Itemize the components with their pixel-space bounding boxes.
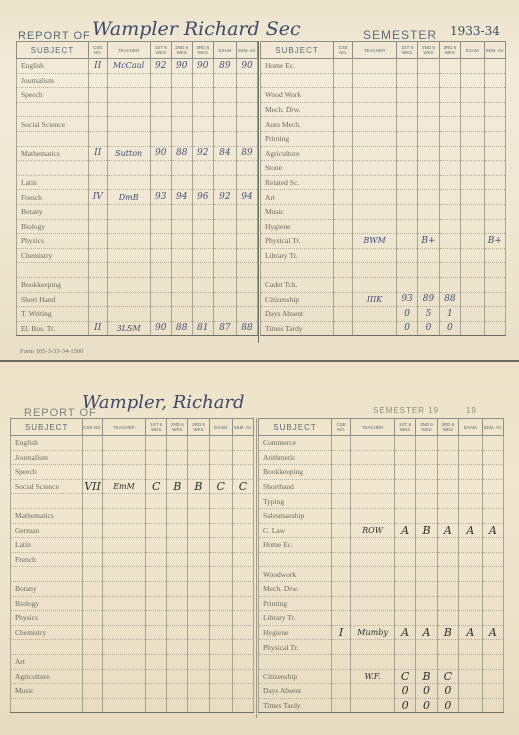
course-number [332, 698, 351, 713]
grade-cell: C [394, 669, 415, 684]
grade-cell [150, 175, 171, 190]
grade-cell [188, 450, 209, 465]
grade-cell: 92 [192, 146, 213, 161]
semester-value: 19 [466, 406, 477, 415]
grade-cell [437, 567, 458, 582]
grade-cell [213, 248, 236, 263]
course-number [334, 190, 353, 205]
course-number [83, 698, 103, 713]
teacher-initials [107, 277, 150, 292]
subject-label: Music [11, 684, 83, 699]
subject-label: Botany [11, 581, 83, 596]
teacher-initials [107, 117, 150, 132]
grade-cell [484, 204, 505, 219]
grade-cell [439, 277, 460, 292]
grade-cell: B [416, 523, 437, 538]
grade-cell [209, 494, 232, 509]
subject-label: Wood Work [261, 88, 334, 103]
grade-cell [439, 263, 460, 278]
subject-label: Physics [11, 611, 83, 626]
grade-cell [461, 102, 485, 117]
column-header: 1ST 6 WKS [396, 42, 417, 59]
grade-row: Art [11, 654, 254, 669]
grade-cell [213, 131, 236, 146]
grade-cell [396, 219, 417, 234]
grade-cell [482, 508, 503, 523]
grade-cell: A [416, 625, 437, 640]
grade-cell [461, 263, 485, 278]
grade-cell [213, 219, 236, 234]
column-header: 2ND 6 WKS [416, 419, 437, 436]
course-number [88, 263, 107, 278]
grade-row: Home Ec. [261, 59, 506, 74]
grade-row: Printing [261, 131, 506, 146]
subject-label: Art [11, 654, 83, 669]
grade-row: FrenchIVDmB9394969294 [17, 190, 258, 205]
grade-cell [209, 684, 232, 699]
course-number [334, 117, 353, 132]
grade-cell [146, 465, 167, 480]
teacher-initials [353, 73, 397, 88]
subject-label: Music [261, 204, 334, 219]
grade-cell [188, 494, 209, 509]
subject-label: Social Science [17, 117, 89, 132]
grade-cell [192, 131, 213, 146]
course-number [83, 611, 103, 626]
subject-label: Times Tardy [259, 698, 332, 713]
grade-cell [418, 117, 439, 132]
grade-cell [236, 204, 257, 219]
grade-cell [437, 596, 458, 611]
subject-label: Mech. Drw. [261, 102, 334, 117]
grade-row: Music [11, 684, 254, 699]
grade-cell [396, 234, 417, 249]
grade-cell [213, 175, 236, 190]
grade-cell [167, 698, 188, 713]
grade-cell [394, 508, 415, 523]
grade-cell [484, 263, 505, 278]
grade-cell: 5 [418, 307, 439, 322]
course-number [334, 161, 353, 176]
course-number [88, 307, 107, 322]
subject-label [17, 161, 89, 176]
grade-cell: 88 [171, 146, 192, 161]
subject-label: Physics [17, 234, 89, 249]
subject-label [261, 263, 334, 278]
grade-cell [150, 117, 171, 132]
grade-cell [192, 88, 213, 103]
grade-row: Woodwork [259, 567, 504, 582]
grade-cell [416, 611, 437, 626]
column-header: TEACHER [107, 42, 150, 59]
grade-cell [192, 234, 213, 249]
grade-cell [416, 654, 437, 669]
grade-cell [236, 175, 257, 190]
teacher-initials [353, 175, 397, 190]
grade-cell: 88 [171, 321, 192, 336]
course-number [334, 277, 353, 292]
grade-cell [459, 436, 483, 451]
course-number [334, 248, 353, 263]
teacher-initials: 3LSM [107, 321, 150, 336]
subject-label: Auto Mech. [261, 117, 334, 132]
grade-cell [482, 436, 503, 451]
grade-cell [232, 450, 253, 465]
subject-label: Mathematics [17, 146, 89, 161]
grade-cell [394, 581, 415, 596]
grade-cell [396, 248, 417, 263]
grade-cell: 88 [236, 321, 257, 336]
course-number [88, 161, 107, 176]
teacher-initials [102, 508, 145, 523]
grade-cell [437, 552, 458, 567]
grade-cell [213, 73, 236, 88]
grade-cell [439, 146, 460, 161]
grade-row [259, 552, 504, 567]
subject-label: Days Absent [261, 307, 334, 322]
grade-cell [146, 611, 167, 626]
subject-label: Bookkeeping [17, 277, 89, 292]
teacher-initials [107, 88, 150, 103]
grade-row: Agriculture [261, 146, 506, 161]
grade-cell [416, 479, 437, 494]
grade-cell [236, 263, 257, 278]
teacher-initials [107, 73, 150, 88]
grade-cell: C [209, 479, 232, 494]
grade-cell [394, 640, 415, 655]
grade-cell: 88 [439, 292, 460, 307]
subject-label: Days Absent [259, 684, 332, 699]
grade-row: Bookkeeping [17, 277, 258, 292]
teacher-initials [107, 292, 150, 307]
grade-cell [167, 450, 188, 465]
grade-cell [150, 248, 171, 263]
grade-cell [461, 146, 485, 161]
grade-cell [482, 684, 503, 699]
grade-cell [192, 204, 213, 219]
subject-label: Citizenship [259, 669, 332, 684]
grade-cell [396, 117, 417, 132]
teacher-initials [102, 684, 145, 699]
course-number [332, 479, 351, 494]
grade-cell [192, 263, 213, 278]
grade-row: Speech [17, 88, 258, 103]
grade-row [261, 73, 506, 88]
grade-cell [394, 436, 415, 451]
report-card-second: REPORT OF Wampler, Richard SEMESTER 19 1… [0, 362, 519, 735]
grade-cell [482, 494, 503, 509]
grade-cell [213, 161, 236, 176]
column-header: 3RD 6 WKS [437, 419, 458, 436]
grade-cell [459, 684, 483, 699]
course-number [332, 538, 351, 553]
grade-cell: 0 [437, 698, 458, 713]
grade-cell [146, 567, 167, 582]
course-number [88, 175, 107, 190]
teacher-initials [102, 625, 145, 640]
grade-cell [484, 73, 505, 88]
grade-cell [484, 88, 505, 103]
grade-row: Wood Work [261, 88, 506, 103]
subject-label: Agriculture [261, 146, 334, 161]
grade-cell [484, 117, 505, 132]
grade-cell [213, 263, 236, 278]
grade-cell [150, 307, 171, 322]
teacher-initials [351, 698, 395, 713]
column-header: SEM. AV. [232, 419, 253, 436]
course-number [83, 581, 103, 596]
grade-cell [461, 190, 485, 205]
grade-cell [459, 611, 483, 626]
grade-cell [484, 307, 505, 322]
grade-cell [461, 117, 485, 132]
header-row: SUBJECTCSE NO.TEACHER1ST 6 WKS2ND 6 WKS3… [261, 42, 506, 59]
course-number [332, 596, 351, 611]
grade-cell [461, 204, 485, 219]
teacher-initials [353, 307, 397, 322]
course-number [332, 508, 351, 523]
grade-cell [188, 465, 209, 480]
course-number [83, 669, 103, 684]
grade-cell [192, 175, 213, 190]
grade-cell [167, 684, 188, 699]
grade-cell [482, 611, 503, 626]
grade-cell [209, 625, 232, 640]
grade-cell: A [459, 625, 483, 640]
column-header: 1ST 6 WKS [146, 419, 167, 436]
grade-cell [232, 596, 253, 611]
grade-cell [418, 190, 439, 205]
grade-cell [482, 698, 503, 713]
column-header: TEACHER [102, 419, 145, 436]
grade-cell [396, 263, 417, 278]
grade-cell [146, 625, 167, 640]
column-header: 3RD 6 WKS [439, 42, 460, 59]
grade-cell [439, 117, 460, 132]
grade-cell [439, 88, 460, 103]
subject-label [259, 552, 332, 567]
grade-cell: A [482, 523, 503, 538]
course-number [88, 117, 107, 132]
grade-cell: 90 [150, 321, 171, 336]
left-grades-table: SUBJECTCSE NO.TEACHER1ST 6 WKS2ND 6 WKS3… [10, 418, 254, 713]
grade-cell [150, 204, 171, 219]
grade-cell [188, 654, 209, 669]
grade-cell [439, 219, 460, 234]
report-card-1933-34: REPORT OF Wampler Richard Sec SEMESTER 1… [0, 0, 519, 360]
grade-cell [484, 161, 505, 176]
teacher-initials [102, 596, 145, 611]
teacher-initials [351, 450, 395, 465]
grade-cell [459, 581, 483, 596]
teacher-initials [102, 698, 145, 713]
subject-label: Short Hand [17, 292, 89, 307]
grade-cell [188, 596, 209, 611]
subject-label: Art [261, 190, 334, 205]
grade-cell: 81 [192, 321, 213, 336]
grade-cell: 89 [418, 292, 439, 307]
grade-cell [150, 161, 171, 176]
course-number [334, 59, 353, 74]
grade-cell [232, 581, 253, 596]
course-number [88, 204, 107, 219]
column-header: TEACHER [353, 42, 397, 59]
grade-row: Biology [17, 219, 258, 234]
teacher-initials [102, 669, 145, 684]
grade-cell: 90 [150, 146, 171, 161]
grade-cell: 1 [439, 307, 460, 322]
subject-label [259, 654, 332, 669]
teacher-initials [107, 234, 150, 249]
grade-cell [232, 611, 253, 626]
grade-row: Times Tardy000 [261, 321, 506, 336]
grade-cell [461, 131, 485, 146]
grade-row: English [11, 436, 254, 451]
course-number [83, 640, 103, 655]
grade-cell: C [437, 669, 458, 684]
column-header: 1ST 6 WKS [394, 419, 415, 436]
grade-cell [418, 219, 439, 234]
grade-cell [437, 494, 458, 509]
subject-label [11, 567, 83, 582]
subject-label [11, 494, 83, 509]
grade-cell [209, 436, 232, 451]
teacher-initials [353, 219, 397, 234]
grade-cell [167, 508, 188, 523]
grade-cell [171, 292, 192, 307]
grade-cell [416, 596, 437, 611]
column-header: SUBJECT [259, 419, 332, 436]
grade-row: Physics [11, 611, 254, 626]
subject-label: Mathematics [11, 508, 83, 523]
student-name: Wampler, Richard [82, 392, 245, 413]
grade-cell [188, 669, 209, 684]
grade-cell [396, 277, 417, 292]
teacher-initials [351, 654, 395, 669]
subject-label: Physical Tr. [261, 234, 334, 249]
grade-cell [188, 684, 209, 699]
teacher-initials [351, 479, 395, 494]
column-header: CSE NO. [88, 42, 107, 59]
grade-cell: 0 [416, 698, 437, 713]
grade-cell [459, 640, 483, 655]
grade-cell: B [167, 479, 188, 494]
semester-label: SEMESTER [363, 28, 437, 42]
grade-row: C. LawROWABAAA [259, 523, 504, 538]
grade-cell [484, 292, 505, 307]
grade-cell [416, 450, 437, 465]
grade-cell [439, 175, 460, 190]
grade-cell: 93 [396, 292, 417, 307]
grade-cell [439, 190, 460, 205]
subject-label: Home Ec. [259, 538, 332, 553]
course-number [88, 102, 107, 117]
grade-cell [439, 131, 460, 146]
course-number [88, 73, 107, 88]
course-number [83, 436, 103, 451]
grade-cell [437, 640, 458, 655]
course-number [83, 494, 103, 509]
grade-cell [167, 523, 188, 538]
grade-cell [146, 552, 167, 567]
course-number [88, 292, 107, 307]
subject-label: Botany [17, 204, 89, 219]
subject-label: Woodwork [259, 567, 332, 582]
grade-cell [188, 552, 209, 567]
header-row: SUBJECTCSE NO.TEACHER1ST 6 WKS2ND 6 WKS3… [11, 419, 254, 436]
teacher-initials [353, 88, 397, 103]
teacher-initials [353, 146, 397, 161]
course-number [332, 640, 351, 655]
grade-cell [146, 538, 167, 553]
grade-cell [232, 494, 253, 509]
right-grades-table: SUBJECTCSE NO.TEACHER1ST 6 WKS2ND 6 WKS3… [258, 418, 504, 713]
grade-cell: B [416, 669, 437, 684]
course-number [83, 567, 103, 582]
grade-cell [459, 450, 483, 465]
grade-cell [482, 654, 503, 669]
grade-cell [416, 581, 437, 596]
grade-cell [236, 117, 257, 132]
grade-cell [188, 581, 209, 596]
grade-cell [416, 508, 437, 523]
grade-cell [418, 277, 439, 292]
course-number [83, 508, 103, 523]
grade-cell [418, 146, 439, 161]
course-number: II [88, 321, 107, 336]
grade-cell [396, 190, 417, 205]
column-header: 3RD 6 WKS [188, 419, 209, 436]
grade-cell [416, 567, 437, 582]
grade-cell: 89 [236, 146, 257, 161]
grade-cell [232, 538, 253, 553]
grade-cell [236, 292, 257, 307]
grade-cell [418, 263, 439, 278]
grade-cell [146, 596, 167, 611]
grade-cell [213, 102, 236, 117]
grade-row: Journalism [17, 73, 258, 88]
course-number [332, 436, 351, 451]
column-header: SEM. AV. [482, 419, 503, 436]
subject-label: Arithmetic [259, 450, 332, 465]
header-row: SUBJECTCSE NO.TEACHER1ST 6 WKS2ND 6 WKS3… [17, 42, 258, 59]
column-header: 2ND 6 WKS [418, 42, 439, 59]
grade-cell: 94 [171, 190, 192, 205]
grade-cell [232, 684, 253, 699]
grade-cell [439, 102, 460, 117]
subject-label: Chemistry [11, 625, 83, 640]
teacher-initials [353, 263, 397, 278]
grade-cell [482, 581, 503, 596]
column-header: SUBJECT [261, 42, 334, 59]
column-header: 3RD 6 WKS [192, 42, 213, 59]
grade-cell [459, 465, 483, 480]
grade-cell: A [437, 523, 458, 538]
teacher-initials [353, 117, 397, 132]
grade-cell [167, 581, 188, 596]
form-number: Form 105-3-33-34-1500 [20, 348, 83, 355]
grade-cell [461, 292, 485, 307]
grade-cell: C [146, 479, 167, 494]
grade-cell [146, 436, 167, 451]
grade-row: Short Hand [17, 292, 258, 307]
grade-cell [418, 161, 439, 176]
grade-cell [209, 654, 232, 669]
grade-row [11, 640, 254, 655]
grade-cell [188, 436, 209, 451]
grade-cell [484, 102, 505, 117]
teacher-initials [351, 436, 395, 451]
